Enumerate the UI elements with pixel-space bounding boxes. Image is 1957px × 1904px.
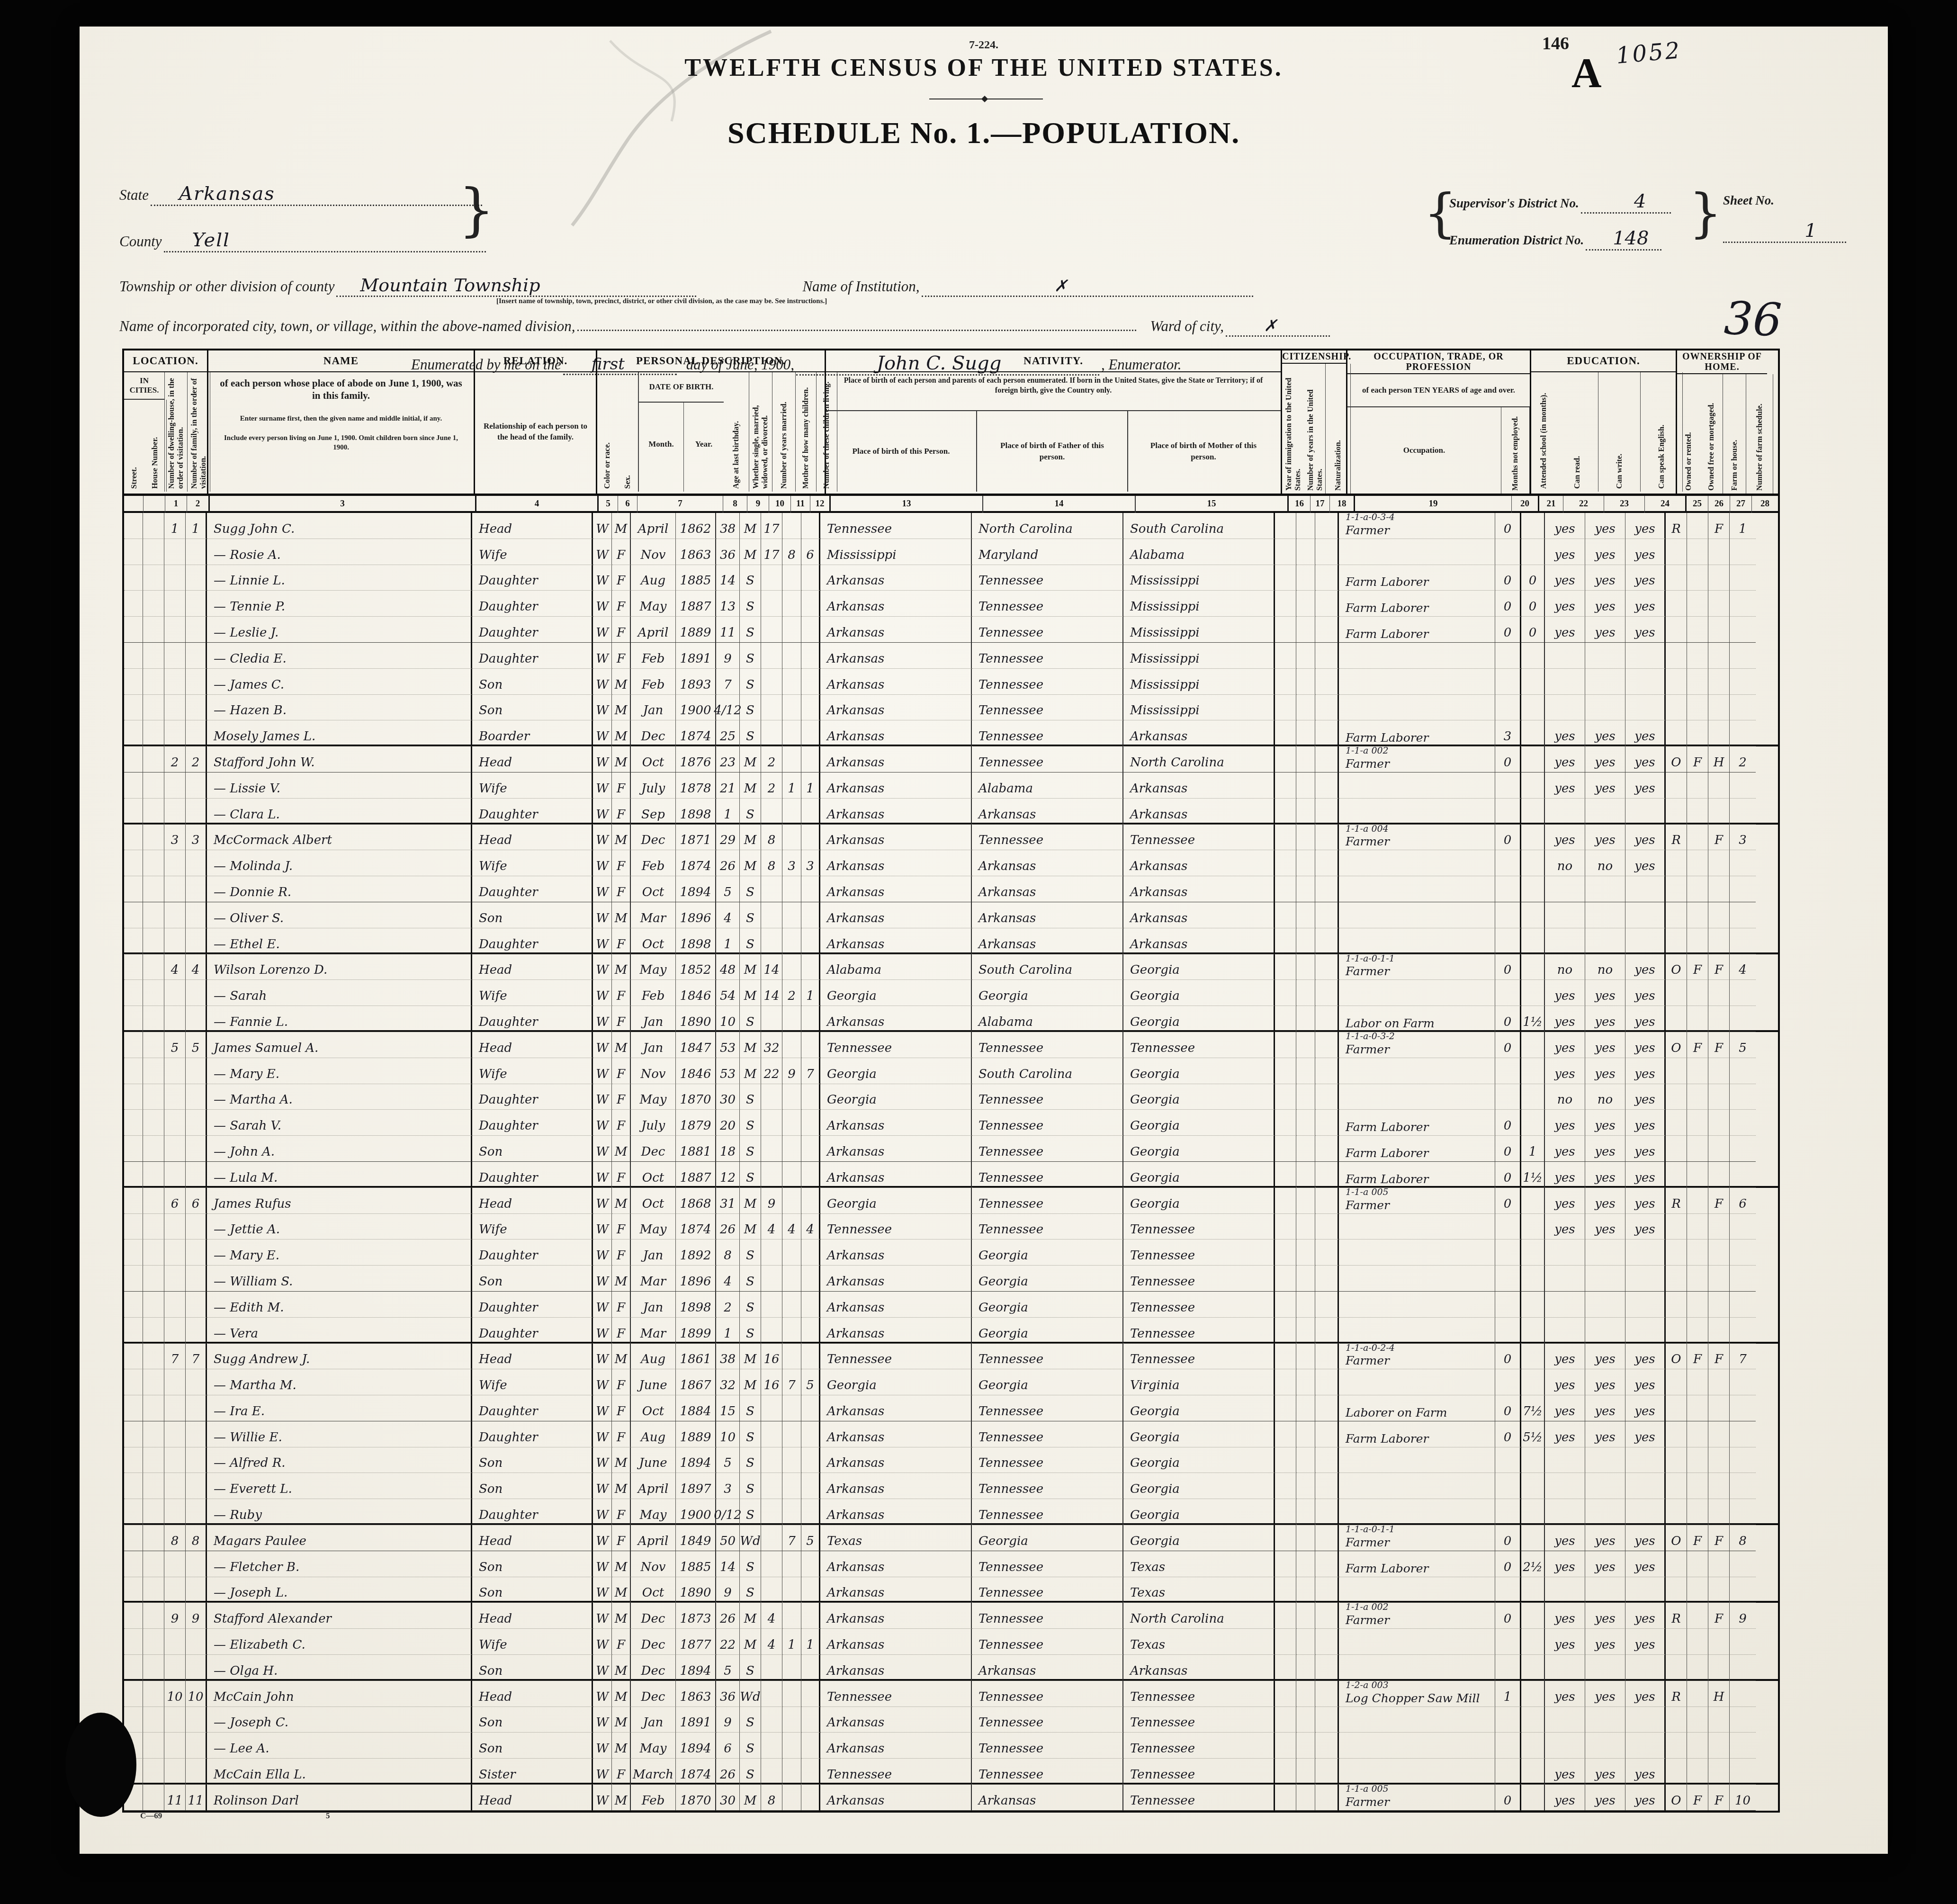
cell-farm-schedule xyxy=(1730,1733,1756,1759)
table-row: — Joseph L. Son W M Oct 1890 9 S Arkansa… xyxy=(124,1577,1778,1603)
cell-attended-school xyxy=(1521,928,1545,954)
cell-owned-rented xyxy=(1666,1577,1687,1603)
cell-naturalization xyxy=(1315,902,1339,928)
cell-months-not-employed xyxy=(1495,1759,1521,1785)
cell-marital-status: M xyxy=(740,954,761,980)
header-relation: RELATION. Relationship of each person to… xyxy=(475,350,597,494)
cell-months-not-employed: 0 xyxy=(1495,825,1521,851)
cell-relation: Son xyxy=(472,1447,593,1473)
cell-dwelling-number xyxy=(164,850,186,876)
cell-farm-schedule xyxy=(1730,1318,1756,1344)
cell-pob-mother: Tennessee xyxy=(1123,1239,1275,1266)
cell-immigration-year xyxy=(1275,1369,1296,1395)
cell-marital-status: Wd xyxy=(740,1681,761,1707)
cell-children-living xyxy=(801,643,820,669)
cell-free-mortgaged xyxy=(1687,539,1708,565)
cell-naturalization xyxy=(1315,1473,1339,1499)
cell-house-number xyxy=(143,1421,164,1447)
cell-occupation xyxy=(1339,695,1495,721)
cell-street xyxy=(124,1032,143,1058)
cell-immigration-year xyxy=(1275,1266,1296,1292)
cell-naturalization xyxy=(1315,1447,1339,1473)
cell-years-married xyxy=(761,643,782,669)
table-row: — Joseph C. Son W M Jan 1891 9 S Arkansa… xyxy=(124,1707,1778,1733)
cell-birth-year: 1898 xyxy=(676,1292,716,1318)
cell-street xyxy=(124,1162,143,1188)
cell-birth-month: Nov xyxy=(631,1551,676,1577)
cell-children-living xyxy=(801,1110,820,1136)
cell-children-living xyxy=(801,1162,820,1188)
cell-street xyxy=(124,850,143,876)
cell-pob-person: Arkansas xyxy=(820,1707,972,1733)
cell-can-write: no xyxy=(1585,1084,1625,1110)
cell-family-number xyxy=(186,617,207,643)
cell-months-not-employed xyxy=(1495,1292,1521,1318)
cell-months-not-employed xyxy=(1495,1058,1521,1084)
cell-pob-father: Georgia xyxy=(972,1318,1123,1344)
cell-mother-of: 7 xyxy=(782,1525,801,1551)
cell-pob-person: Arkansas xyxy=(820,876,972,902)
cell-immigration-year xyxy=(1275,850,1296,876)
cell-can-write xyxy=(1585,1473,1625,1499)
cell-name: — Lee A. xyxy=(207,1733,472,1759)
cell-house-number xyxy=(143,1577,164,1603)
cell-naturalization xyxy=(1315,1084,1339,1110)
cell-pob-father: Tennessee xyxy=(972,1084,1123,1110)
cell-sex: M xyxy=(612,513,631,539)
cell-free-mortgaged xyxy=(1687,825,1708,851)
cell-pob-father: South Carolina xyxy=(972,1058,1123,1084)
cell-occupation: Labor on Farm xyxy=(1339,1006,1495,1032)
cell-family-number: 9 xyxy=(186,1603,207,1629)
cell-pob-father: Tennessee xyxy=(972,1733,1123,1759)
cell-farm-house xyxy=(1708,850,1730,876)
cell-attended-school: 1 xyxy=(1521,1136,1545,1162)
cell-age: 22 xyxy=(716,1629,740,1655)
cell-can-write xyxy=(1585,669,1625,695)
state-county-brace: } xyxy=(458,177,494,243)
cell-age: 32 xyxy=(716,1369,740,1395)
cell-age: 26 xyxy=(716,1603,740,1629)
cell-street xyxy=(124,1629,143,1655)
table-row: — Mary E. Wife W F Nov 1846 53 M 22 9 7 … xyxy=(124,1058,1778,1084)
cell-relation: Son xyxy=(472,1473,593,1499)
cell-can-write: yes xyxy=(1585,591,1625,617)
cell-can-read xyxy=(1545,1318,1585,1344)
cell-occupation xyxy=(1339,1447,1495,1473)
cell-marital-status: M xyxy=(740,1369,761,1395)
cell-house-number xyxy=(143,513,164,539)
cell-farm-house xyxy=(1708,902,1730,928)
cell-dwelling-number: 3 xyxy=(164,825,186,851)
cell-house-number xyxy=(143,1032,164,1058)
cell-house-number xyxy=(143,1629,164,1655)
cell-farm-house xyxy=(1708,772,1730,799)
occupation-value: Farmer xyxy=(1346,1355,1390,1366)
cell-mother-of xyxy=(782,1162,801,1188)
cell-attended-school xyxy=(1521,1447,1545,1473)
cell-age: 1 xyxy=(716,799,740,825)
cell-street xyxy=(124,1136,143,1162)
cell-pob-person: Alabama xyxy=(820,954,972,980)
cell-months-not-employed: 0 xyxy=(1495,1525,1521,1551)
cell-immigration-year xyxy=(1275,643,1296,669)
cell-pob-person: Arkansas xyxy=(820,591,972,617)
cell-immigration-year xyxy=(1275,1395,1296,1421)
cell-farm-house: F xyxy=(1708,825,1730,851)
row-number xyxy=(1780,1574,1809,1600)
cell-street xyxy=(124,1681,143,1707)
cell-pob-father: Alabama xyxy=(972,772,1123,799)
cell-farm-schedule: 2 xyxy=(1730,746,1756,772)
cell-owned-rented xyxy=(1666,850,1687,876)
cell-years-married xyxy=(761,1162,782,1188)
cell-children-living xyxy=(801,1136,820,1162)
cell-dwelling-number xyxy=(164,617,186,643)
cell-marital-status: S xyxy=(740,1447,761,1473)
cell-occupation: Laborer on Farm xyxy=(1339,1395,1495,1421)
cell-age: 30 xyxy=(716,1785,740,1811)
cell-mother-of xyxy=(782,565,801,591)
cell-months-not-employed xyxy=(1495,799,1521,825)
cell-marital-status: M xyxy=(740,1603,761,1629)
color-col-label: Color or race. xyxy=(597,372,618,492)
cell-mother-of xyxy=(782,876,801,902)
row-number xyxy=(1780,925,1809,951)
cell-attended-school xyxy=(1521,772,1545,799)
cell-free-mortgaged xyxy=(1687,876,1708,902)
table-row: — John A. Son W M Dec 1881 18 S Arkansas… xyxy=(124,1136,1778,1162)
cell-farm-schedule xyxy=(1730,772,1756,799)
cell-street xyxy=(124,1084,143,1110)
cell-occupation: Farm Laborer xyxy=(1339,1110,1495,1136)
cell-naturalization xyxy=(1315,565,1339,591)
cell-farm-house xyxy=(1708,1707,1730,1733)
cell-months-not-employed xyxy=(1495,1084,1521,1110)
cell-years-in-us xyxy=(1296,1162,1315,1188)
cell-family-number xyxy=(186,772,207,799)
cell-relation: Son xyxy=(472,669,593,695)
cell-pob-father: Georgia xyxy=(972,1525,1123,1551)
cell-pob-father: Tennessee xyxy=(972,669,1123,695)
cell-birth-month: Dec xyxy=(631,825,676,851)
can-speak-col-label: Can speak English. xyxy=(1641,372,1683,492)
cell-relation: Wife xyxy=(472,1369,593,1395)
cell-months-not-employed: 0 xyxy=(1495,1603,1521,1629)
row-number xyxy=(101,925,122,951)
cell-can-read: yes xyxy=(1545,1032,1585,1058)
cell-occupation xyxy=(1339,1239,1495,1266)
cell-relation: Son xyxy=(472,1733,593,1759)
cell-years-in-us xyxy=(1296,1421,1315,1447)
cell-pob-father: Tennessee xyxy=(972,695,1123,721)
cell-months-not-employed: 0 xyxy=(1495,1110,1521,1136)
cell-owned-rented xyxy=(1666,539,1687,565)
cell-farm-schedule xyxy=(1730,643,1756,669)
cell-months-not-employed: 0 xyxy=(1495,1162,1521,1188)
cell-can-read: no xyxy=(1545,850,1585,876)
cell-months-not-employed xyxy=(1495,1577,1521,1603)
occupation-value: Farm Laborer xyxy=(1346,1173,1428,1185)
row-number xyxy=(1780,1626,1809,1652)
cell-occupation: 1-1-a 005 Farmer xyxy=(1339,1785,1495,1811)
cell-children-living xyxy=(801,1759,820,1785)
cell-street xyxy=(124,1058,143,1084)
cell-dwelling-number xyxy=(164,1006,186,1032)
cell-pob-person: Tennessee xyxy=(820,513,972,539)
cell-pob-mother: Georgia xyxy=(1123,1395,1275,1421)
cell-dwelling-number xyxy=(164,1395,186,1421)
cell-naturalization xyxy=(1315,539,1339,565)
cell-can-write: yes xyxy=(1585,513,1625,539)
cell-naturalization xyxy=(1315,1733,1339,1759)
cell-years-in-us xyxy=(1296,1110,1315,1136)
cell-can-speak-english: yes xyxy=(1625,1110,1666,1136)
cell-mother-of xyxy=(782,954,801,980)
cell-attended-school xyxy=(1521,850,1545,876)
cell-farm-schedule xyxy=(1730,1162,1756,1188)
cell-house-number xyxy=(143,1785,164,1811)
cell-mother-of xyxy=(782,1395,801,1421)
cell-free-mortgaged: F xyxy=(1687,1785,1708,1811)
cell-age: 1 xyxy=(716,1318,740,1344)
cell-years-in-us xyxy=(1296,1239,1315,1266)
cell-immigration-year xyxy=(1275,539,1296,565)
cell-house-number xyxy=(143,772,164,799)
cell-owned-rented: O xyxy=(1666,746,1687,772)
cell-years-married xyxy=(761,928,782,954)
cell-color: W xyxy=(593,1266,612,1292)
cell-farm-schedule xyxy=(1730,1136,1756,1162)
cell-occupation: 1-1-a 005 Farmer xyxy=(1339,1188,1495,1214)
cell-family-number: 7 xyxy=(186,1344,207,1370)
immigration-col-label: Year of immigration to the United States… xyxy=(1282,364,1305,494)
cell-sex: F xyxy=(612,1110,631,1136)
row-number xyxy=(1780,536,1809,562)
cell-color: W xyxy=(593,1162,612,1188)
cell-free-mortgaged xyxy=(1687,513,1708,539)
marital-col-label: Whether single, married, widowed, or div… xyxy=(749,372,772,492)
cell-street xyxy=(124,1344,143,1370)
cell-color: W xyxy=(593,1707,612,1733)
cell-can-read: yes xyxy=(1545,1603,1585,1629)
cell-birth-month: May xyxy=(631,1733,676,1759)
mother-of-col-label: Mother of how many children. xyxy=(796,372,817,492)
cell-sex: M xyxy=(612,1603,631,1629)
cell-children-living: 1 xyxy=(801,772,820,799)
cell-house-number xyxy=(143,876,164,902)
cell-months-not-employed: 0 xyxy=(1495,591,1521,617)
cell-months-not-employed xyxy=(1495,850,1521,876)
row-number xyxy=(101,692,122,718)
cell-house-number xyxy=(143,980,164,1006)
cell-relation: Boarder xyxy=(472,720,593,746)
cell-attended-school: 2½ xyxy=(1521,1551,1545,1577)
cell-can-speak-english: yes xyxy=(1625,1032,1666,1058)
cell-color: W xyxy=(593,1369,612,1395)
cell-attended-school xyxy=(1521,669,1545,695)
row-number xyxy=(1780,1288,1809,1314)
cell-marital-status: S xyxy=(740,591,761,617)
years-in-us-col-label: Number of years in the United States. xyxy=(1305,364,1326,494)
cell-children-living xyxy=(801,591,820,617)
row-number xyxy=(101,847,122,873)
cell-marital-status: S xyxy=(740,1292,761,1318)
cell-owned-rented: O xyxy=(1666,1344,1687,1370)
cell-attended-school xyxy=(1521,1214,1545,1240)
cell-birth-year: 1863 xyxy=(676,539,716,565)
cell-name: — Molinda J. xyxy=(207,850,472,876)
cell-birth-month: Aug xyxy=(631,565,676,591)
cell-can-speak-english: yes xyxy=(1625,565,1666,591)
city-field: Name of incorporated city, town, or vill… xyxy=(119,316,1330,337)
cell-months-not-employed xyxy=(1495,1239,1521,1266)
cell-children-living xyxy=(801,1603,820,1629)
cell-children-living xyxy=(801,1655,820,1681)
cell-years-in-us xyxy=(1296,746,1315,772)
cell-can-read xyxy=(1545,928,1585,954)
cell-color: W xyxy=(593,902,612,928)
cell-pob-person: Arkansas xyxy=(820,746,972,772)
cell-can-speak-english xyxy=(1625,928,1666,954)
cell-occupation xyxy=(1339,876,1495,902)
cell-birth-month: July xyxy=(631,1110,676,1136)
cell-months-not-employed: 0 xyxy=(1495,1344,1521,1370)
cell-can-write: yes xyxy=(1585,1058,1625,1084)
cell-house-number xyxy=(143,669,164,695)
occupation-value: Farmer xyxy=(1346,524,1390,536)
cell-children-living xyxy=(801,1084,820,1110)
cell-sex: F xyxy=(612,928,631,954)
table-row: — Cledia E. Daughter W F Feb 1891 9 S Ar… xyxy=(124,643,1778,669)
cell-can-speak-english: yes xyxy=(1625,1162,1666,1188)
cell-farm-house xyxy=(1708,980,1730,1006)
cell-house-number xyxy=(143,1214,164,1240)
row-number xyxy=(1780,1755,1809,1781)
cell-house-number xyxy=(143,1058,164,1084)
cell-can-read: yes xyxy=(1545,746,1585,772)
cell-family-number xyxy=(186,1214,207,1240)
cell-attended-school xyxy=(1521,1110,1545,1136)
cell-farm-house xyxy=(1708,1006,1730,1032)
cell-mother-of: 7 xyxy=(782,1369,801,1395)
cell-name: James Rufus xyxy=(207,1188,472,1214)
supervisor-label: Supervisor's District No. xyxy=(1449,196,1579,210)
cell-birth-month: Aug xyxy=(631,1344,676,1370)
cell-occupation: 1-1-a 004 Farmer xyxy=(1339,825,1495,851)
cell-can-write xyxy=(1585,876,1625,902)
cell-months-not-employed xyxy=(1495,980,1521,1006)
occupation-mark: 1-1-a-0-2-4 xyxy=(1346,1344,1395,1353)
cell-children-living xyxy=(801,513,820,539)
cell-house-number xyxy=(143,1136,164,1162)
cell-sex: F xyxy=(612,1499,631,1525)
cell-mother-of xyxy=(782,1136,801,1162)
cell-naturalization xyxy=(1315,1603,1339,1629)
cell-relation: Wife xyxy=(472,1214,593,1240)
cell-can-read: yes xyxy=(1545,1759,1585,1785)
cell-name: Sugg Andrew J. xyxy=(207,1344,472,1370)
row-number xyxy=(1780,510,1809,536)
cell-free-mortgaged xyxy=(1687,1603,1708,1629)
cell-farm-schedule: 3 xyxy=(1730,825,1756,851)
cell-pob-person: Tennessee xyxy=(820,1214,972,1240)
cell-sex: F xyxy=(612,591,631,617)
cell-can-write: yes xyxy=(1585,1603,1625,1629)
cell-street xyxy=(124,643,143,669)
cell-years-married: 4 xyxy=(761,1629,782,1655)
cell-pob-person: Arkansas xyxy=(820,1006,972,1032)
cell-can-speak-english xyxy=(1625,1318,1666,1344)
cell-marital-status: S xyxy=(740,799,761,825)
cell-months-not-employed xyxy=(1495,1473,1521,1499)
cell-relation: Son xyxy=(472,1266,593,1292)
cell-family-number xyxy=(186,1733,207,1759)
cell-months-not-employed: 0 xyxy=(1495,1006,1521,1032)
cell-age: 36 xyxy=(716,539,740,565)
cell-name: — Willie E. xyxy=(207,1421,472,1447)
cell-can-speak-english: yes xyxy=(1625,772,1666,799)
cell-pob-mother: Georgia xyxy=(1123,1162,1275,1188)
cell-dwelling-number xyxy=(164,1551,186,1577)
cell-age: 13 xyxy=(716,591,740,617)
occupation-value: Farmer xyxy=(1346,965,1390,977)
occupation-col-label: Occupation. xyxy=(1347,407,1501,494)
cell-farm-schedule xyxy=(1730,1058,1756,1084)
cell-owned-rented xyxy=(1666,1499,1687,1525)
ward-value: ✗ xyxy=(1226,316,1277,335)
cell-pob-father: Tennessee xyxy=(972,1214,1123,1240)
cell-mother-of xyxy=(782,1759,801,1785)
cell-relation: Daughter xyxy=(472,1318,593,1344)
cell-children-living xyxy=(801,1681,820,1707)
cell-name: — Cledia E. xyxy=(207,643,472,669)
cell-pob-person: Arkansas xyxy=(820,772,972,799)
cell-months-not-employed xyxy=(1495,876,1521,902)
cell-attended-school xyxy=(1521,695,1545,721)
cell-can-speak-english xyxy=(1625,1473,1666,1499)
cell-farm-house xyxy=(1708,617,1730,643)
cell-naturalization xyxy=(1315,1318,1339,1344)
cell-can-speak-english: yes xyxy=(1625,1136,1666,1162)
cell-age: 15 xyxy=(716,1395,740,1421)
cell-can-write xyxy=(1585,1577,1625,1603)
cell-attended-school xyxy=(1521,1655,1545,1681)
cell-street xyxy=(124,591,143,617)
cell-color: W xyxy=(593,1603,612,1629)
cell-family-number: 10 xyxy=(186,1681,207,1707)
cell-birth-year: 1885 xyxy=(676,1551,716,1577)
cell-farm-schedule xyxy=(1730,1084,1756,1110)
cell-attended-school xyxy=(1521,720,1545,746)
cell-free-mortgaged xyxy=(1687,565,1708,591)
row-number xyxy=(101,1288,122,1314)
cell-street xyxy=(124,1188,143,1214)
cell-occupation: 1-1-a-0-1-1 Farmer xyxy=(1339,1525,1495,1551)
cell-birth-year: 1849 xyxy=(676,1525,716,1551)
cell-free-mortgaged xyxy=(1687,591,1708,617)
children-living-col-label: Number of these children living. xyxy=(817,372,837,492)
cell-naturalization xyxy=(1315,1239,1339,1266)
cell-pob-person: Arkansas xyxy=(820,695,972,721)
row-number xyxy=(1780,1081,1809,1107)
cell-farm-house: F xyxy=(1708,513,1730,539)
cell-free-mortgaged xyxy=(1687,1266,1708,1292)
cell-pob-person: Georgia xyxy=(820,1369,972,1395)
cell-relation: Head xyxy=(472,1188,593,1214)
cell-marital-status: S xyxy=(740,1395,761,1421)
cell-street xyxy=(124,825,143,851)
